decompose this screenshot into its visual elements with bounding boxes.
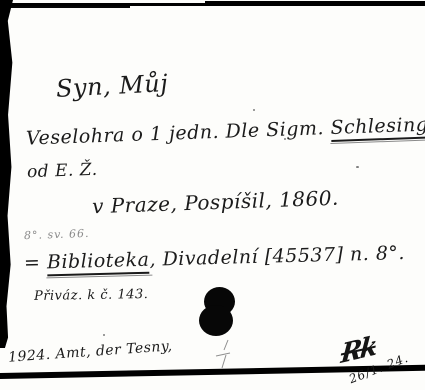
ink-blot (199, 305, 233, 336)
card-description-text: Veselohra o 1 jedn. Dle Sigm. (26, 117, 331, 150)
scan-speckle (103, 334, 105, 336)
cataloguer-signature: Rk 26/1. 24. (338, 321, 425, 387)
ink-scribble (206, 338, 240, 370)
series-rest: , Divadelní [45537] n. 8°. (149, 242, 405, 271)
card-author-note: od E. Ž. (27, 160, 98, 182)
catalog-card-scan: Syn, Můj Veselohra o 1 jedn. Dle Sigm. S… (0, 0, 425, 390)
card-title: Syn, Můj (55, 69, 168, 103)
scan-speckle (253, 109, 255, 111)
card-pencil-note: 8°. sv. 66. (24, 227, 90, 242)
scan-edge-top (205, 1, 425, 4)
scan-speckle (356, 166, 359, 168)
series-dash: = (24, 252, 41, 274)
card-series-line: = Biblioteka, Divadelní [45537] n. 8°. (24, 242, 406, 277)
card-accession-note: 1924. Amt, der Tesny, (8, 338, 173, 365)
card-description-underlined-name: Schlesingera (330, 112, 425, 142)
scan-edge-top (0, 6, 130, 8)
scan-edge-left (0, 0, 13, 348)
card-imprint: v Praze, Pospíšil, 1860. (92, 186, 340, 219)
series-underlined-name: Biblioteka (47, 249, 150, 277)
card-description-line: Veselohra o 1 jedn. Dle Sigm. Schlesinge… (26, 112, 425, 152)
scan-speckle (284, 138, 286, 140)
card-binding-note: Přiváz. k č. 143. (34, 287, 149, 304)
